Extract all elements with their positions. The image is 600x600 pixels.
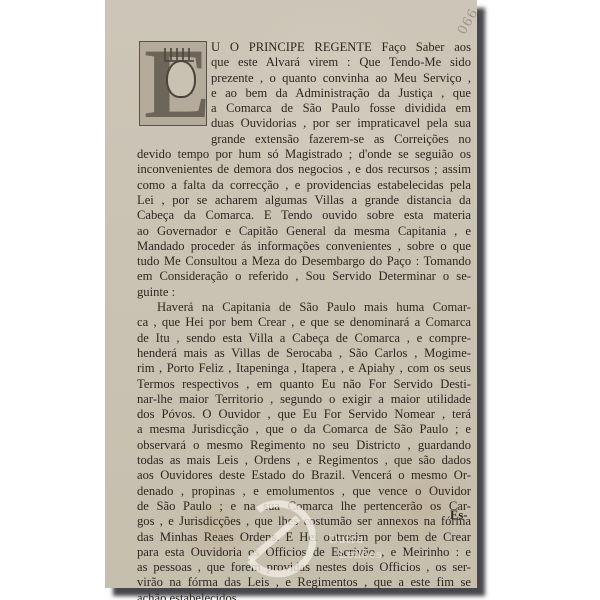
text-line: devido tempo por hum só Magistrado ; d'o… xyxy=(137,147,471,162)
text-line: Haverá na Capitania de São Paulo mais hu… xyxy=(137,300,471,315)
text-line: em Consideração o referido , Sou Servido… xyxy=(137,269,471,284)
text-line: henderá mais as Villas de Serocaba , São… xyxy=(137,346,471,361)
text-line: guinte : xyxy=(137,285,471,300)
text-line: inconvenientes de demora dos negocios , … xyxy=(137,162,471,177)
text-line: Lei , por se acharem algumas Villas a gr… xyxy=(137,193,471,208)
text-line: grande extensão fazerem-se as Correições… xyxy=(137,132,471,147)
text-line: de Itu , sendo esta Villa a Cabeça de Co… xyxy=(137,331,471,346)
text-line: tudo Me Consultou a Meza do Desembargo d… xyxy=(137,254,471,269)
watermark-logo-icon xyxy=(238,490,328,580)
text-line: todas as mais Leis , Ordens , e Regiment… xyxy=(137,453,471,468)
text-line: duas Ouvidorias , por ser impraticavel p… xyxy=(137,116,471,131)
catchword: Es- xyxy=(450,508,468,523)
text-line: nar-lhe maior Territorio , segundo o exi… xyxy=(137,392,471,407)
text-line: dos Póvos. O Ouvidor , que Eu For Servid… xyxy=(137,407,471,422)
text-line: prezente , o quanto convinha ao Meu Serv… xyxy=(137,71,471,86)
text-line: rim , Porto Feliz , Itapeninga , Itapera… xyxy=(137,361,471,376)
text-line: U O PRINCIPE REGENTE Faço Saber aos xyxy=(137,40,471,55)
text-line: ao Governador e Capitão General da mesma… xyxy=(137,224,471,239)
text-line: Cabeça da Comarca. E Tendo ouvido sobre … xyxy=(137,208,471,223)
text-line: achão estabelecidos. xyxy=(137,591,471,600)
watermark-text-line2: Leilões xyxy=(339,548,382,561)
text-line: Termos respectivos , em quanto Eu não Fo… xyxy=(137,377,471,392)
text-line: a Comarca de São Paulo fosse dividida em xyxy=(137,101,471,116)
text-line: a mesma Jurisdicção , que o da Comarca d… xyxy=(137,422,471,437)
text-line: como a falta da correcção , e providenci… xyxy=(137,178,471,193)
text-line: aos Ouvidores deste Estado do Brazil. Ve… xyxy=(137,468,471,483)
text-line: observará o mesmo Regimento no seu Distr… xyxy=(137,438,471,453)
text-line: ca , que Hei por bem Crear , e que se de… xyxy=(137,315,471,330)
watermark-text-line1: Dutra xyxy=(329,533,364,546)
text-line: que este Alvará virem : Que Tendo-Me sid… xyxy=(137,55,471,70)
text-line: e ao bem da Administração da Justiça , q… xyxy=(137,86,471,101)
text-line: Mandado proceder ás informações convenie… xyxy=(137,239,471,254)
